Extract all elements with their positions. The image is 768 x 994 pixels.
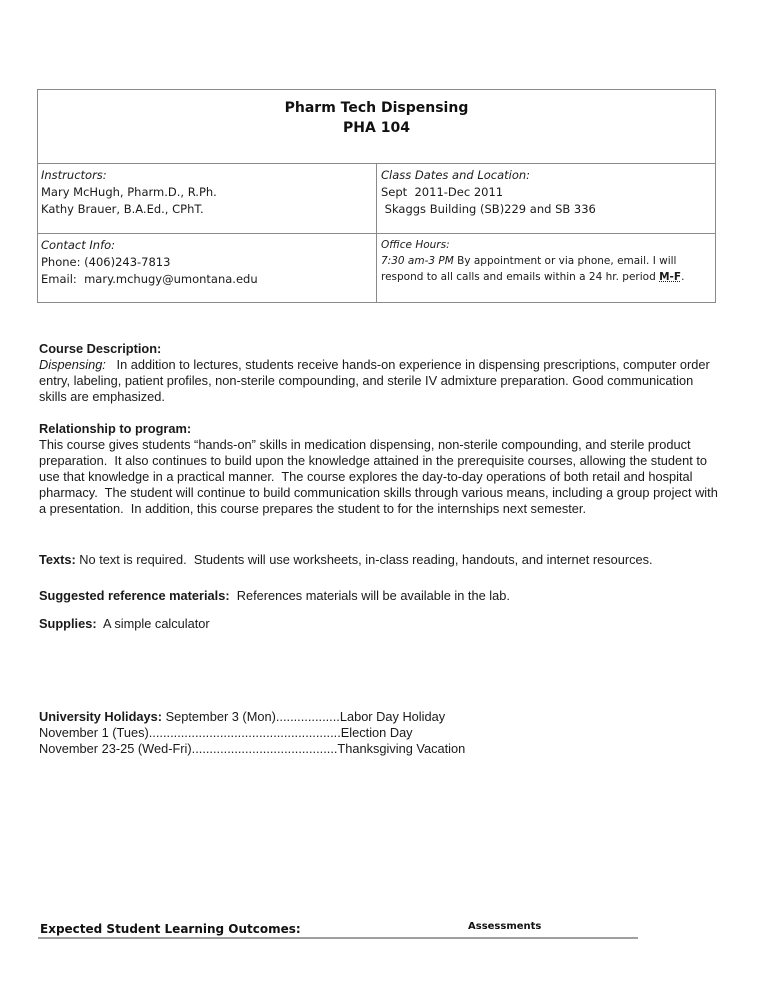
class-dates: Sept 2011-Dec 2011: [381, 184, 715, 201]
instructors-label: Instructors:: [41, 167, 376, 184]
relationship-heading: Relationship to program:: [39, 421, 719, 437]
assessments-heading: Assessments: [468, 920, 541, 933]
info-row-2: Contact Info: Phone: (406)243-7813 Email…: [38, 234, 715, 302]
contact-label: Contact Info:: [41, 237, 376, 254]
reference-materials-section: Suggested reference materials: Reference…: [39, 588, 719, 604]
outcomes-header-row: Expected Student Learning Outcomes: Asse…: [38, 920, 638, 939]
relationship-section: Relationship to program: This course giv…: [39, 421, 719, 517]
course-description-text: In addition to lectures, students receiv…: [39, 357, 713, 404]
supplies-heading: Supplies:: [39, 616, 97, 631]
office-hours-text-2: respond to all calls and emails within a…: [381, 271, 659, 283]
instructors-cell: Instructors: Mary McHugh, Pharm.D., R.Ph…: [38, 164, 377, 233]
course-title-block: Pharm Tech Dispensing PHA 104: [38, 90, 715, 164]
course-code: PHA 104: [38, 118, 715, 138]
office-hours-cell: Office Hours: 7:30 am-3 PM By appointmen…: [377, 234, 715, 302]
contact-phone: Phone: (406)243-7813: [41, 254, 376, 271]
office-hours-end: .: [681, 271, 684, 283]
office-hours-line-1: 7:30 am-3 PM By appointment or via phone…: [381, 253, 715, 269]
supplies-text: A simple calculator: [97, 616, 210, 631]
class-dates-label: Class Dates and Location:: [381, 167, 715, 184]
supplies-section: Supplies: A simple calculator: [39, 616, 719, 632]
course-description-section: Course Description: Dispensing: In addit…: [39, 341, 719, 405]
course-title: Pharm Tech Dispensing: [38, 98, 715, 118]
holiday-item: November 1 (Tues).......................…: [39, 725, 719, 741]
contact-email: Email: mary.mchugy@umontana.edu: [41, 271, 376, 288]
syllabus-page: Pharm Tech Dispensing PHA 104 Instructor…: [0, 0, 768, 994]
holiday-item: University Holidays: September 3 (Mon)..…: [39, 709, 719, 725]
course-description-body: Dispensing: In addition to lectures, stu…: [39, 357, 719, 405]
texts-heading: Texts:: [39, 552, 76, 567]
contact-cell: Contact Info: Phone: (406)243-7813 Email…: [38, 234, 377, 302]
office-hours-text-1: By appointment or via phone, email. I wi…: [454, 255, 677, 267]
office-hours-days: M-F: [659, 271, 681, 283]
office-hours-time: 7:30 am-3 PM: [381, 255, 454, 267]
texts-text: No text is required. Students will use w…: [76, 552, 653, 567]
instructor-1: Mary McHugh, Pharm.D., R.Ph.: [41, 184, 376, 201]
relationship-text: This course gives students “hands-on” sk…: [39, 437, 719, 517]
holidays-heading: University Holidays:: [39, 709, 162, 724]
reference-materials-text: References materials will be available i…: [230, 588, 510, 603]
holiday-text: September 3 (Mon)..................Labor…: [162, 709, 445, 724]
info-row-1: Instructors: Mary McHugh, Pharm.D., R.Ph…: [38, 164, 715, 234]
holidays-section: University Holidays: September 3 (Mon)..…: [39, 709, 719, 757]
office-hours-label: Office Hours:: [381, 237, 715, 253]
texts-section: Texts: No text is required. Students wil…: [39, 552, 719, 568]
course-description-heading: Course Description:: [39, 341, 719, 357]
office-hours-line-2: respond to all calls and emails within a…: [381, 269, 715, 285]
course-info-table: Pharm Tech Dispensing PHA 104 Instructor…: [37, 89, 716, 303]
class-dates-cell: Class Dates and Location: Sept 2011-Dec …: [377, 164, 715, 233]
reference-materials-heading: Suggested reference materials:: [39, 588, 230, 603]
course-description-lead: Dispensing:: [39, 357, 106, 372]
outcomes-heading: Expected Student Learning Outcomes:: [40, 922, 301, 936]
class-location: Skaggs Building (SB)229 and SB 336: [381, 201, 715, 218]
holiday-item: November 23-25 (Wed-Fri)................…: [39, 741, 719, 757]
instructor-2: Kathy Brauer, B.A.Ed., CPhT.: [41, 201, 376, 218]
